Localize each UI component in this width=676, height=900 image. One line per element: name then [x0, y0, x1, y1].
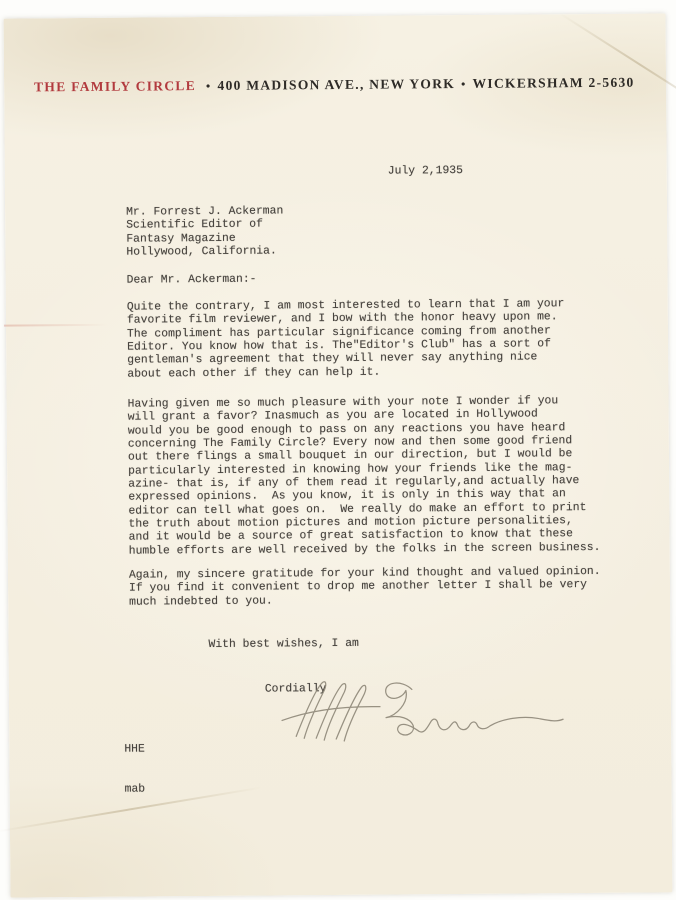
letterhead-address: 400 MADISON AVE., NEW YORK	[217, 76, 455, 93]
signature-stroke-evans	[386, 682, 564, 735]
signature-stroke-hh	[282, 681, 380, 741]
letterhead-brand: THE FAMILY CIRCLE	[34, 78, 196, 94]
fold-mark	[4, 324, 108, 327]
letter-paragraph: Quite the contrary, I am most interested…	[127, 298, 565, 381]
letter-page: THE FAMILY CIRCLE•400 MADISON AVE., NEW …	[4, 13, 673, 897]
salutation: Dear Mr. Ackerman:-	[127, 274, 257, 288]
typist-initials: mab	[125, 783, 166, 797]
scanned-letter: THE FAMILY CIRCLE•400 MADISON AVE., NEW …	[0, 0, 676, 900]
letter-paragraph: Again, my sincere gratitude for your kin…	[129, 566, 601, 610]
recipient-address: Mr. Forrest J. Ackerman Scientific Edito…	[126, 205, 284, 260]
date-line: July 2,1935	[388, 165, 463, 179]
sender-initials: HHE	[124, 743, 165, 757]
bullet-icon: •	[461, 77, 467, 91]
signature-handwriting	[280, 678, 566, 760]
reference-initials: HHE mab	[124, 716, 166, 823]
valediction: With best wishes, I am	[208, 638, 358, 653]
letterhead-phone: WICKERSHAM 2-5630	[473, 75, 635, 91]
letter-paragraph: Having given me so much pleasure with yo…	[128, 395, 601, 559]
bullet-icon: •	[206, 79, 212, 93]
crease-mark	[559, 12, 676, 116]
letterhead: THE FAMILY CIRCLE•400 MADISON AVE., NEW …	[34, 75, 635, 96]
